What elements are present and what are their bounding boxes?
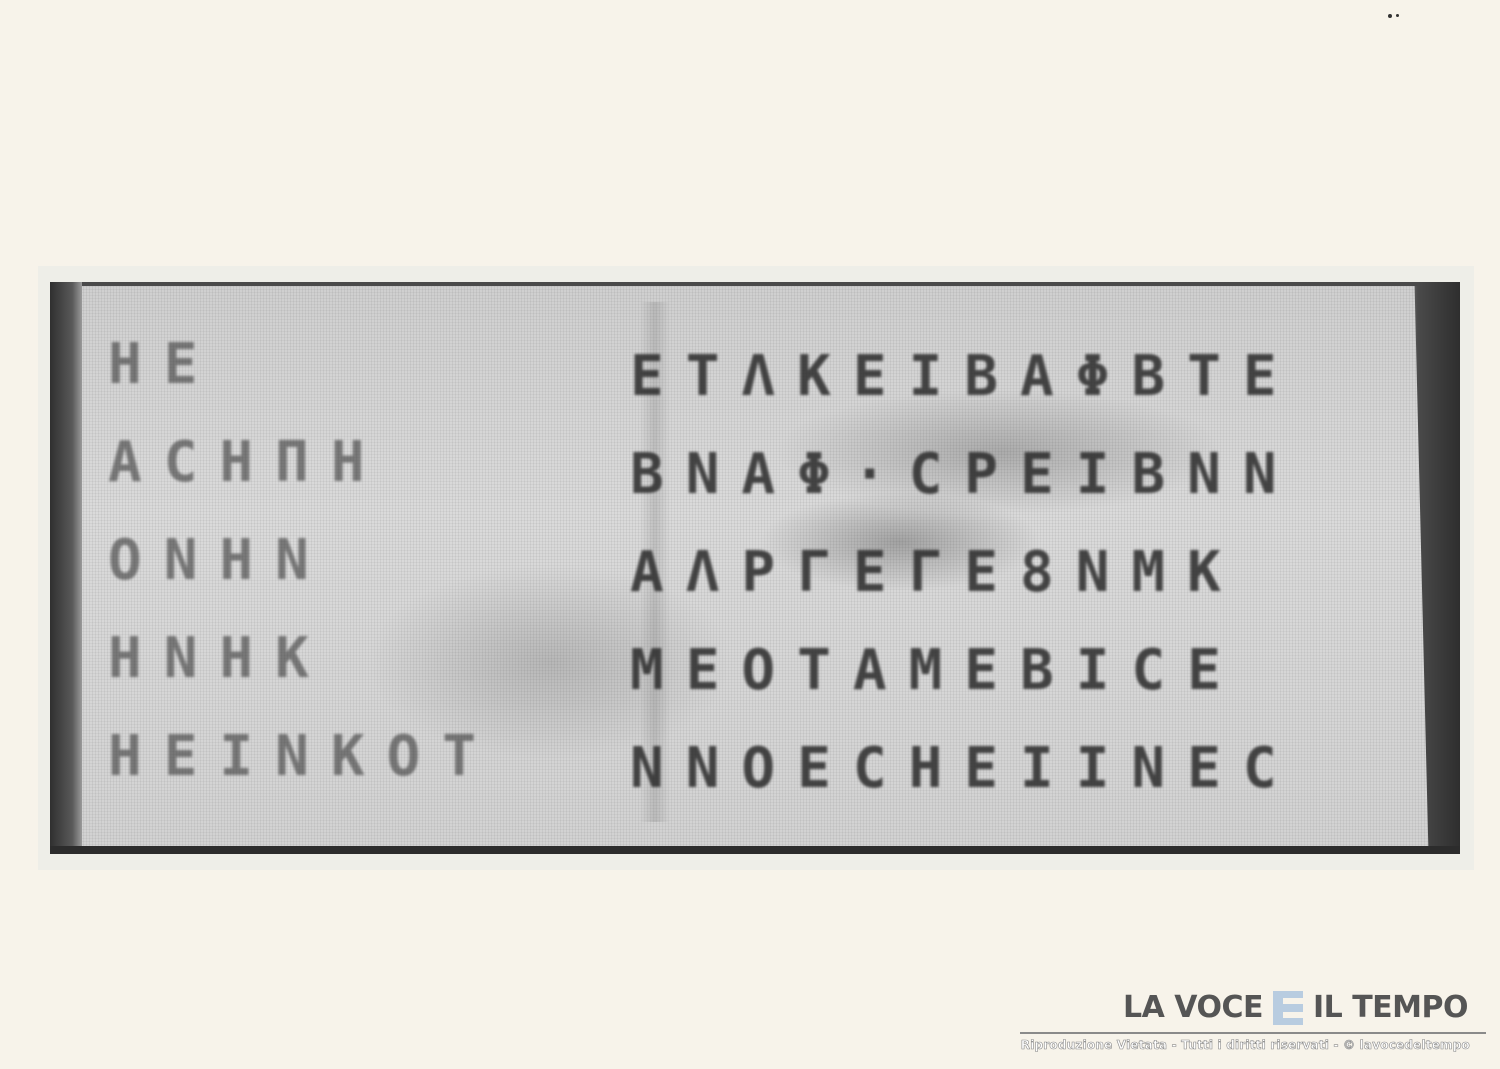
text-row: ΑCΗΠΗ [108,414,498,512]
embroidered-text-left: ΗΕΑCΗΠΗΟΝΗΝΗΝΗΚΗΕΙΝΚΟΤ [108,316,498,806]
text-row: ΕΤΛΚΕΙΒΑΦΒΤΕ [630,328,1299,426]
photo-top-edge [50,282,1460,286]
corner-marks [1388,14,1402,20]
brand-left-text: LA VOCE [1123,990,1263,1025]
text-row: ΗΕ [108,316,498,414]
text-row: ΟΝΗΝ [108,512,498,610]
watermark-divider [1020,1032,1486,1034]
text-row: ΒΝΑΦ·CΡΕΙΒΝΝ [630,426,1299,524]
brand-right-text: IL TEMPO [1313,990,1468,1025]
watermark-brand: LA VOCE IL TEMPO [1123,990,1468,1025]
embroidered-text-right: ΕΤΛΚΕΙΒΑΦΒΤΕΒΝΑΦ·CΡΕΙΒΝΝΑΛΡΓΕΓΕ8ΝΜΚΜΕΟΤΑ… [630,328,1299,818]
text-row: ΝΝΟΕCΗΕΙΙΝΕC [630,720,1299,818]
copyright-notice: Riproduzione Vietata - Tutti i diritti r… [1021,1038,1470,1052]
stylized-e-logo-icon [1273,991,1303,1025]
textile-photograph: ΗΕΑCΗΠΗΟΝΗΝΗΝΗΚΗΕΙΝΚΟΤ ΕΤΛΚΕΙΒΑΦΒΤΕΒΝΑΦ·… [50,282,1460,854]
text-row: ΑΛΡΓΕΓΕ8ΝΜΚ [630,524,1299,622]
text-row: ΗΝΗΚ [108,610,498,708]
photo-left-edge [50,282,82,854]
text-row: ΜΕΟΤΑΜΕΒΙCΕ [630,622,1299,720]
text-row: ΗΕΙΝΚΟΤ [108,708,498,806]
watermark: LA VOCE IL TEMPO Riproduzione Vietata - … [1020,990,1486,1060]
photo-right-edge [1390,282,1460,854]
photo-bottom-edge [50,846,1460,854]
